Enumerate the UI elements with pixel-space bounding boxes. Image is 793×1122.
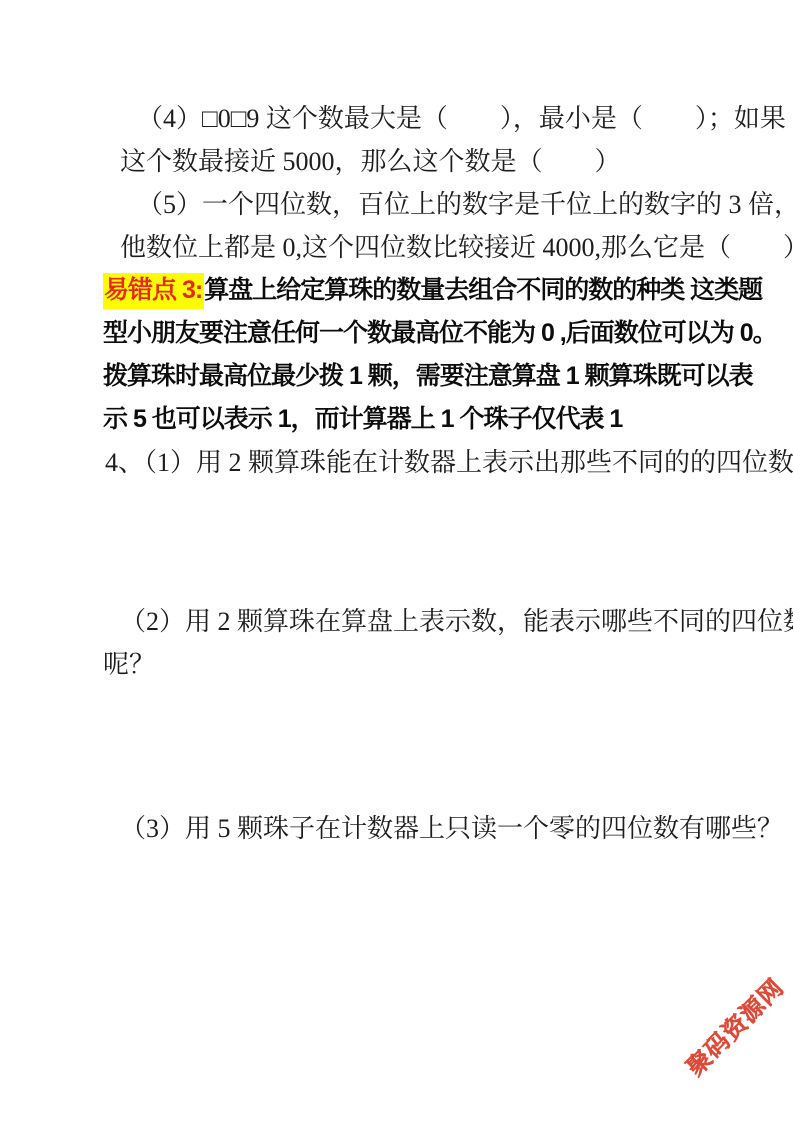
question-4-line-1: （4）□0□9 这个数最大是（ ），最小是（ ）；如果 [103, 97, 689, 140]
misconception-label-highlight: 易错点 3: [103, 273, 204, 309]
question-4-line-2: 这个数最接近 5000，那么这个数是（ ） [103, 140, 689, 183]
worksheet-content: （4）□0□9 这个数最大是（ ），最小是（ ）；如果 这个数最接近 5000，… [103, 97, 689, 850]
exercise4-q2-line-2: 呢？ [103, 643, 689, 686]
question-5-line-1: （5）一个四位数，百位上的数字是千位上的数字的 3 倍，其 [103, 183, 689, 226]
question-5-line-2: 他数位上都是 0,这个四位数比较接近 4000,那么它是（ ） [103, 226, 689, 269]
misconception-note-line-1: 易错点 3:算盘上给定算珠的数量去组合不同的数的种类 这类题 [103, 269, 689, 312]
exercise4-q1-line-1: 4、（1）用 2 颗算珠能在计数器上表示出那些不同的的四位数？ [103, 441, 689, 484]
site-watermark: 聚码资源网 [679, 971, 792, 1084]
misconception-note-line-4: 示 5 也可以表示 1，而计算器上 1 个珠子仅代表 1 [103, 398, 689, 441]
exercise4-q2-line-1: （2）用 2 颗算珠在算盘上表示数，能表示哪些不同的四位数 [103, 600, 689, 643]
misconception-note-line-2: 型小朋友要注意任何一个数最高位不能为 0 ,后面数位可以为 0。 [103, 312, 689, 355]
misconception-text-1: 算盘上给定算珠的数量去组合不同的数的种类 这类题 [204, 276, 762, 304]
worksheet-page: （4）□0□9 这个数最大是（ ），最小是（ ）；如果 这个数最接近 5000，… [0, 0, 793, 1122]
exercise4-q3-line-1: （3）用 5 颗珠子在计数器上只读一个零的四位数有哪些？ [103, 807, 689, 850]
misconception-note-line-3: 拨算珠时最高位最少拨 1 颗，需要注意算盘 1 颗算珠既可以表 [103, 355, 689, 398]
